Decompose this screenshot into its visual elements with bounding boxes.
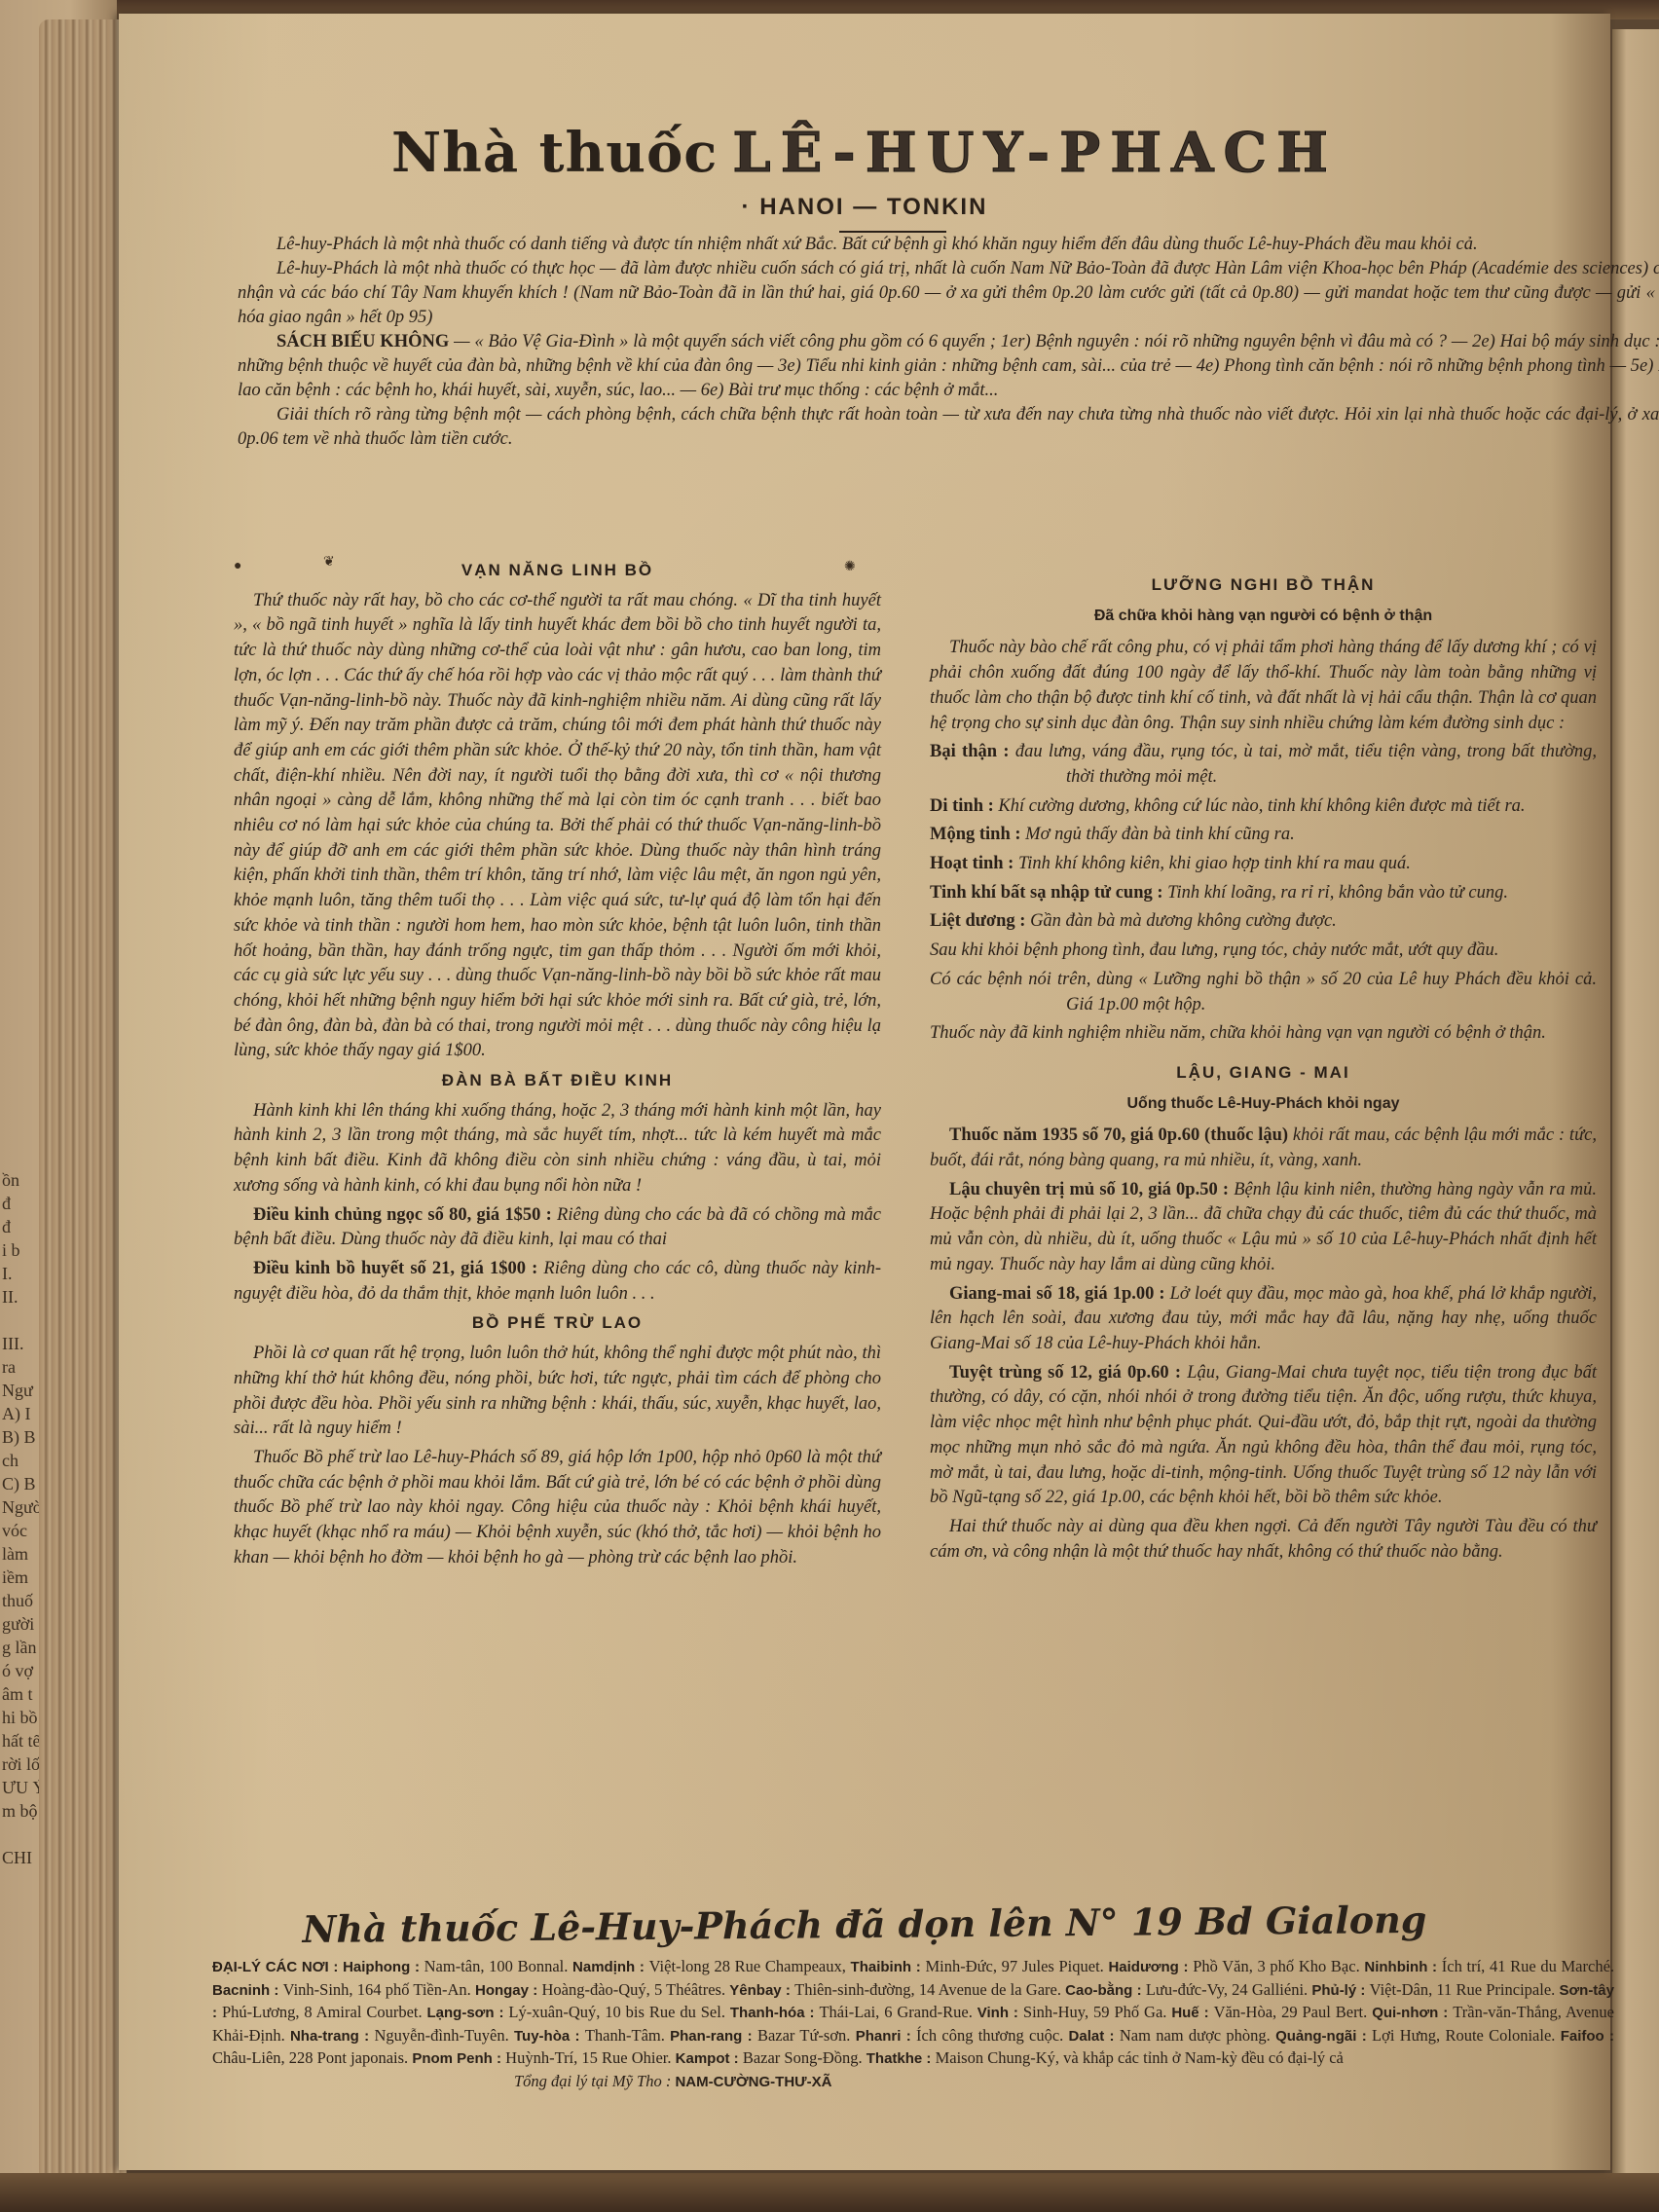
condition-desc: Mơ ngủ thấy đàn bà tinh khí cũng ra. (1025, 825, 1295, 844)
headquarters-line: Tổng đại lý tại Mỹ Tho : NAM-CƯỜNG-THƯ-X… (212, 2071, 1614, 2094)
product-item: Lậu chuyên trị mủ số 10, giá 0p.50 : Bện… (930, 1178, 1597, 1278)
agent-city: Cao-bằng : (1065, 1982, 1146, 1999)
condition-item: Mộng tinh : Mơ ngủ thấy đàn bà tinh khí … (930, 823, 1597, 848)
agent-city: Thatkhe : (866, 2050, 936, 2067)
agent-info: Lưu-đức-Vy, 24 Galliéni. (1146, 1980, 1312, 1999)
condition-term: Di tinh : (930, 796, 994, 816)
agent-city: Kampot : (676, 2050, 743, 2067)
condition-term: Mộng tinh : (930, 825, 1021, 844)
condition-item: Di tinh : Khí cường dương, không cứ lúc … (930, 794, 1597, 820)
section-body: Thuốc này bào chế rất công phu, có vị ph… (930, 636, 1597, 736)
agent-info: Văn-Hòa, 29 Paul Bert. (1214, 2003, 1373, 2021)
agent-info: Thái-Lai, 6 Grand-Rue. (819, 2003, 977, 2021)
section-heading-van-nang-linh-bo: VẠN NĂNG LINH BỒ (234, 558, 881, 583)
section-subheading: Uống thuốc Lê-Huy-Phách khỏi ngay (930, 1091, 1597, 1117)
agent-info: Việt-long 28 Rue Champeaux, (649, 1957, 851, 1975)
intro-paragraph: Lê-huy-Phách là một nhà thuốc có thực họ… (238, 257, 1659, 330)
product-label: Lậu chuyên trị mủ số 10, giá 0p.50 : (949, 1180, 1229, 1199)
agent-info: Hoàng-đào-Quý, 5 Théâtres. (541, 1980, 729, 1999)
agent-city: Lạng-sơn : (427, 2005, 509, 2021)
agent-city: Phan-rang : (670, 2028, 757, 2045)
after-text: Sau khi khỏi bệnh phong tình, đau lưng, … (930, 939, 1597, 964)
agent-info: Nguyễn-đình-Tuyên. (374, 2026, 514, 2045)
condition-term: Bại thận : (930, 742, 1010, 761)
section-body: Hai thứ thuốc này ai dùng qua đều khen n… (930, 1515, 1597, 1565)
agent-info: Thiên-sinh-đường, 14 Avenue de la Gare. (794, 1980, 1065, 1999)
agent-info: Thanh-Tâm. (585, 2026, 670, 2045)
section-body: Thuốc Bồ phế trừ lao Lê-huy-Phách số 89,… (234, 1446, 881, 1571)
agent-city: Huế : (1171, 2005, 1213, 2021)
title-prefix: Nhà thuốc (391, 121, 718, 185)
condition-item: Tinh khí bất sạ nhập tử cung : Tinh khí … (930, 881, 1597, 906)
agent-info: Sinh-Huy, 59 Phố Ga. (1023, 2003, 1171, 2021)
condition-item: Hoạt tinh : Tinh khí không kiên, khi gia… (930, 852, 1597, 877)
subtitle-location: · HANOI — TONKIN (119, 194, 1610, 221)
agent-city: Quảng-ngãi : (1275, 2028, 1372, 2045)
agent-city: Thaibinh : (851, 1959, 926, 1975)
agent-info: Phồ Văn, 3 phố Kho Bạc. (1193, 1957, 1364, 1975)
agent-city: Bacninh : (212, 1982, 283, 1999)
agent-city: Tuy-hòa : (514, 2028, 585, 2045)
product-desc: Lậu, Giang-Mai chưa tuyệt nọc, tiểu tiện… (930, 1363, 1597, 1508)
left-column: VẠN NĂNG LINH BỒ Thứ thuốc này rất hay, … (234, 554, 881, 1574)
agent-city: Haidương : (1108, 1959, 1193, 1975)
condition-item: Bại thận : đau lưng, váng đầu, rụng tóc,… (930, 740, 1597, 790)
section-heading-luong-nghi-bo-than: LƯỠNG NGHI BỒ THẬN (930, 572, 1597, 598)
section-body: Hành kinh khi lên tháng khi xuống tháng,… (234, 1099, 881, 1199)
agent-city: Ninhbinh : (1364, 1959, 1441, 1975)
section-heading-lau-giang-mai: LẬU, GIANG - MAI (930, 1060, 1597, 1086)
section-body: Phồi là cơ quan rất hệ trọng, luôn luôn … (234, 1342, 881, 1442)
bottom-edge-shadow (0, 2173, 1659, 2212)
condition-desc: Gần đàn bà mà dương không cường được. (1030, 911, 1337, 931)
condition-desc: Khí cường dương, không cứ lúc nào, tinh … (998, 796, 1525, 816)
agents-label: ĐẠI-LÝ CÁC NƠI : (212, 1959, 338, 1975)
intro-block: Lê-huy-Phách là một nhà thuốc có danh ti… (238, 233, 1659, 452)
agent-info: Ích công thương cuộc. (916, 2026, 1069, 2045)
condition-desc: Tinh khí loãng, ra rỉ rỉ, không bắn vào … (1167, 883, 1508, 903)
agent-info: Lợi Hưng, Route Coloniale. (1372, 2026, 1561, 2045)
agent-city: Phủ-lý : (1311, 1982, 1369, 1999)
hq-label: Tổng đại lý tại Mỹ Tho : (514, 2072, 671, 2090)
agent-city: Pnom Penh : (412, 2050, 505, 2067)
footer-title: Nhà thuốc Lê-Huy-Phách đã dọn lên N° 19 … (119, 1896, 1610, 1952)
product-item: Thuốc năm 1935 số 70, giá 0p.60 (thuốc l… (930, 1124, 1597, 1173)
agent-city: Yênbay : (729, 1982, 794, 1999)
page-title: Nhà thuốc LÊ-HUY-PHACH (119, 121, 1610, 185)
agent-info: Huỳnh-Trí, 15 Rue Ohier. (505, 2048, 675, 2067)
agent-info: Ích trí, 41 Rue du Marché. (1442, 1957, 1614, 1975)
condition-term: Hoạt tinh : (930, 854, 1014, 873)
newspaper-page: Nhà thuốc LÊ-HUY-PHACH · HANOI — TONKIN … (119, 14, 1610, 2170)
agent-items: Haiphong : Nam-tân, 100 Bonnal. Namdịnh … (212, 1957, 1614, 2067)
title-brand: LÊ-HUY-PHACH (732, 121, 1338, 185)
agent-info: Maison Chung-Ký, (936, 2048, 1064, 2067)
product-label: Thuốc năm 1935 số 70, giá 0p.60 (thuốc l… (949, 1125, 1288, 1145)
agent-city: Thanh-hóa : (730, 2005, 820, 2021)
agent-info: Phú-Lương, 8 Amiral Courbet. (222, 2003, 427, 2021)
agent-info: Nam nam dược phòng. (1120, 2026, 1275, 2045)
agent-list: ĐẠI-LÝ CÁC NƠI : Haiphong : Nam-tân, 100… (212, 1956, 1614, 2093)
agent-city: Vinh : (977, 2005, 1023, 2021)
condition-term: Liệt dương : (930, 911, 1025, 931)
section-body: Thứ thuốc này rất hay, bồ cho các cơ-thể… (234, 589, 881, 1064)
agent-city: Qui-nhơn : (1372, 2005, 1453, 2021)
agent-info: Minh-Đức, 97 Jules Piquet. (925, 1957, 1108, 1975)
agents-tail: và khắp các tỉnh ở Nam-kỳ đều có đại-lý … (1063, 2048, 1344, 2067)
agent-info: Lý-xuân-Quý, 10 bis Rue du Sel. (508, 2003, 729, 2021)
agent-info: Vinh-Sinh, 164 phố Tiền-An. (283, 1980, 475, 1999)
product-label: Tuyệt trùng số 12, giá 0p.60 : (949, 1363, 1181, 1382)
section-subheading: Đã chữa khỏi hàng vạn người có bệnh ở th… (930, 604, 1597, 629)
after-text: Thuốc này đã kinh nghiệm nhiều năm, chữa… (930, 1021, 1597, 1047)
agent-city: Hongay : (475, 1982, 541, 1999)
free-book-paragraph: SÁCH BIẾU KHÔNG — « Bảo Vệ Gia-Đình » là… (238, 330, 1659, 403)
product-label: Điều kinh bồ huyết số 21, giá 1$00 : (253, 1259, 537, 1278)
agent-city: Haiphong : (343, 1959, 424, 1975)
free-book-text: — « Bảo Vệ Gia-Đình » là một quyển sách … (238, 332, 1659, 400)
agent-city: Namdịnh : (572, 1959, 649, 1975)
agent-city: Dalat : (1069, 2028, 1120, 2045)
agent-info: Việt-Dân, 11 Rue Principale. (1370, 1980, 1560, 1999)
free-book-label: SÁCH BIẾU KHÔNG (276, 332, 449, 351)
condition-term: Tinh khí bất sạ nhập tử cung : (930, 883, 1163, 903)
section-heading-bo-phe-tru-lao: BỒ PHẾ TRỪ LAO (234, 1310, 881, 1336)
agent-info: Nam-tân, 100 Bonnal. (424, 1957, 572, 1975)
agent-city: Faifoo : (1561, 2028, 1614, 2045)
agent-info: Bazar Tứ-sơn. (757, 2026, 856, 2045)
agent-city: Phanri : (856, 2028, 916, 2045)
after-text: Có các bệnh nói trên, dùng « Lưỡng nghi … (930, 968, 1597, 1017)
product-label: Giang-mai số 18, giá 1p.00 : (949, 1284, 1165, 1304)
product-label: Điều kinh chủng ngọc số 80, giá 1$50 : (253, 1205, 552, 1225)
intro-closing: Giải thích rõ ràng từng bệnh một — cách … (238, 403, 1659, 452)
condition-list: Bại thận : đau lưng, váng đầu, rụng tóc,… (930, 740, 1597, 935)
hq-name: NAM-CƯỜNG-THƯ-XÃ (675, 2074, 831, 2090)
condition-item: Liệt dương : Gần đàn bà mà dương không c… (930, 909, 1597, 935)
product-item: Giang-mai số 18, giá 1p.00 : Lở loét quy… (930, 1282, 1597, 1357)
condition-desc: Tinh khí không kiên, khi giao hợp tinh k… (1018, 854, 1411, 873)
agent-city: Nha-trang : (290, 2028, 374, 2045)
product-item: Điều kinh chủng ngọc số 80, giá 1$50 : R… (234, 1203, 881, 1253)
right-column: LƯỠNG NGHI BỒ THẬN Đã chữa khỏi hàng vạn… (930, 569, 1597, 1568)
product-item: Điều kinh bồ huyết số 21, giá 1$00 : Riê… (234, 1257, 881, 1307)
agent-info: Bazar Song-Đồng. (743, 2048, 866, 2067)
agent-info: Châu-Liên, 228 Pont japonais. (212, 2048, 412, 2067)
section-heading-dan-ba-bat-dieu-kinh: ĐÀN BÀ BẤT ĐIỀU KINH (234, 1068, 881, 1093)
condition-desc: đau lưng, váng đầu, rụng tóc, ù tai, mờ … (1015, 742, 1597, 787)
product-item: Tuyệt trùng số 12, giá 0p.60 : Lậu, Gian… (930, 1361, 1597, 1511)
intro-paragraph: Lê-huy-Phách là một nhà thuốc có danh ti… (238, 233, 1659, 257)
stacked-page-edges (39, 19, 127, 2200)
